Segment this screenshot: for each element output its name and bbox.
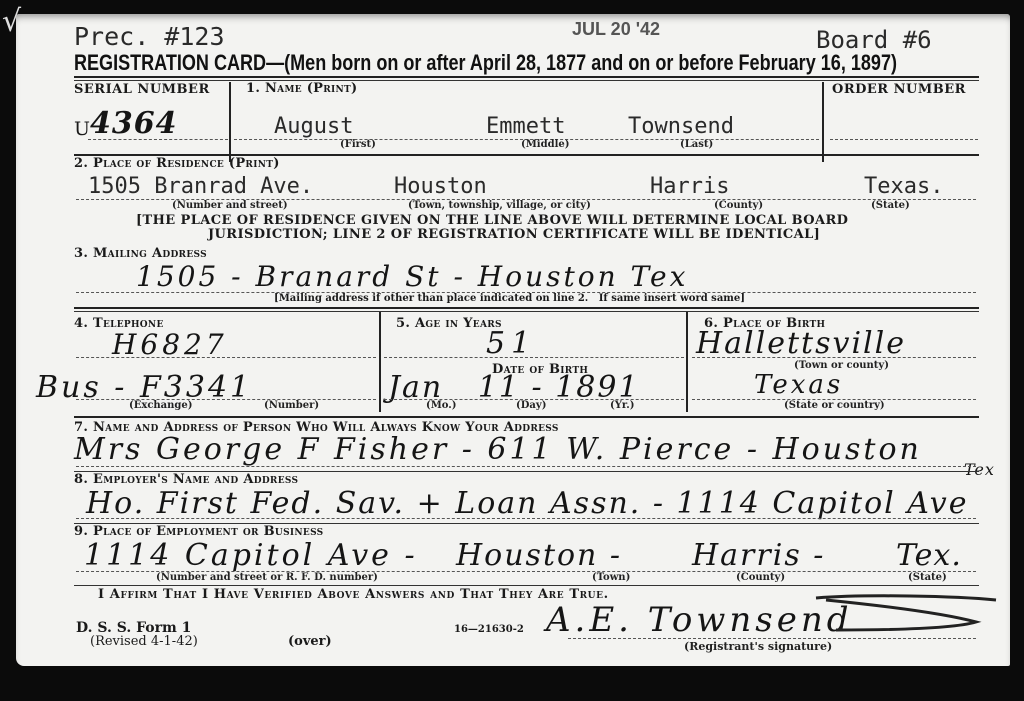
signature-caption: (Registrant's signature) xyxy=(684,640,832,653)
birthplace-state: Texas xyxy=(754,370,843,400)
state-caption: (State) xyxy=(871,200,910,211)
employment-street-caption: (Number and street or R. F. D. number) xyxy=(156,572,378,583)
employment-state: Tex. xyxy=(896,538,962,573)
residence-town: Houston xyxy=(394,174,487,199)
order-number-label: ORDER NUMBER xyxy=(832,82,966,97)
employment-town: Houston - xyxy=(456,538,622,573)
number-caption: (Number) xyxy=(264,400,319,411)
first-name: August xyxy=(274,114,353,139)
employment-town-caption: (Town) xyxy=(592,572,630,583)
middle-name: Emmett xyxy=(486,114,565,139)
serial-number-value: 4364 xyxy=(90,106,178,141)
residence-county: Harris xyxy=(650,174,729,199)
contact-person-value: Mrs George F Fisher - 611 W. Pierce - Ho… xyxy=(74,432,922,467)
month-caption: (Mo.) xyxy=(426,400,457,411)
mailing-address-value: 1505 - Branard St - Houston Tex xyxy=(136,260,688,293)
employer-label: 8. Employer's Name and Address xyxy=(74,472,298,487)
employment-county: Harris - xyxy=(692,538,825,573)
employment-street: 1114 Capitol Ave - xyxy=(84,538,418,573)
serial-prefix: U xyxy=(74,118,90,140)
exchange-caption: (Exchange) xyxy=(129,400,193,411)
town-caption: (Town, township, village, or city) xyxy=(408,200,591,211)
year-caption: (Yr.) xyxy=(610,400,634,411)
contact-person-overflow: Tex xyxy=(964,460,995,479)
registration-card: Prec. #123 JUL 20 '42 Board #6 REGISTRAT… xyxy=(16,14,1010,666)
over-note: (over) xyxy=(288,634,332,649)
street-caption: (Number and street) xyxy=(172,200,288,211)
affirmation-text: I Affirm That I Have Verified Above Answ… xyxy=(98,587,609,602)
employer-value: Ho. First Fed. Sav. + Loan Assn. - 1114 … xyxy=(86,486,968,521)
residence-label: 2. Place of Residence (Print) xyxy=(74,156,280,171)
mailing-caption: [Mailing address if other than place ind… xyxy=(274,293,745,304)
form-revision: (Revised 4-1-42) xyxy=(90,634,198,649)
age-value: 51 xyxy=(486,326,536,361)
last-name: Townsend xyxy=(628,114,734,139)
name-label: 1. Name (Print) xyxy=(246,81,358,96)
received-date-stamp: JUL 20 '42 xyxy=(572,19,660,40)
employment-state-caption: (State) xyxy=(908,572,947,583)
day-caption: (Day) xyxy=(516,400,546,411)
employment-county-caption: (County) xyxy=(736,572,785,583)
middle-caption: (Middle) xyxy=(521,139,569,150)
signature-flourish xyxy=(806,586,1006,636)
county-caption: (County) xyxy=(714,200,763,211)
print-code: 16—21630-2 xyxy=(454,624,524,635)
precinct-number: Prec. #123 xyxy=(74,22,225,51)
employment-place-label: 9. Place of Employment or Business xyxy=(74,524,323,539)
serial-number-label: SERIAL NUMBER xyxy=(74,82,210,97)
birthplace-state-caption: (State or country) xyxy=(784,400,885,411)
last-caption: (Last) xyxy=(680,139,713,150)
birthplace-town: Hallettsville xyxy=(696,326,906,361)
residence-state: Texas. xyxy=(864,174,943,199)
jurisdiction-notice-2: JURISDICTION; LINE 2 OF REGISTRATION CER… xyxy=(208,227,820,242)
residence-street: 1505 Branrad Ave. xyxy=(88,174,313,199)
mailing-address-label: 3. Mailing Address xyxy=(74,246,207,261)
first-caption: (First) xyxy=(340,139,376,150)
jurisdiction-notice-1: [THE PLACE OF RESIDENCE GIVEN ON THE LIN… xyxy=(136,213,848,228)
card-title: REGISTRATION CARD—(Men born on or after … xyxy=(74,50,897,76)
